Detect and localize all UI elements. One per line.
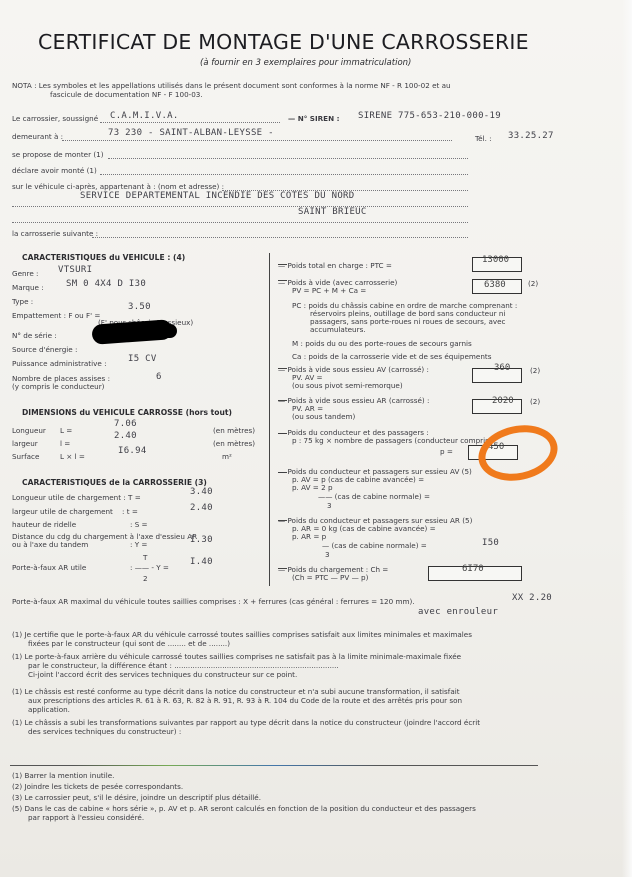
footnote: par rapport à l'essieu considéré. xyxy=(12,813,144,822)
pvar-label-3: (ou sous tandem) xyxy=(292,412,355,421)
longueur-value: 7.06 xyxy=(114,419,137,429)
carrosserie-heading: CARACTERISTIQUES de la CARROSSERIE (3) xyxy=(22,478,207,487)
carrosserie-label: la carrosserie suivante : xyxy=(12,229,98,238)
declaration-3: (1) Le châssis est resté conforme au typ… xyxy=(12,687,460,696)
declaration-2: (1) Le porte-à-faux arrière du véhicule … xyxy=(12,652,461,661)
porte-sym: : —— - Y = xyxy=(130,563,169,572)
unit-meters: (en mètres) xyxy=(213,439,255,448)
S-label: hauteur de ridelle xyxy=(12,520,76,529)
Y-sym: : Y = xyxy=(130,540,147,549)
certificate-page: CERTIFICAT DE MONTAGE D'UNE CARROSSERIE … xyxy=(0,0,632,877)
ch-value: 6I70 xyxy=(462,564,484,574)
carrossier-value: C.A.M.I.V.A. xyxy=(110,111,179,121)
pv-value: 6380 xyxy=(484,280,506,290)
siren-label: — N° SIREN : xyxy=(288,114,340,123)
T-label: Longueur utile de chargement : T = xyxy=(12,493,141,502)
ptc-value: 13000 xyxy=(482,255,509,265)
S-sym: : S = xyxy=(130,520,148,529)
p-label-3: p = xyxy=(440,447,453,456)
par-label-3: p. AR = p xyxy=(292,532,326,541)
porte-value: I.40 xyxy=(190,557,213,567)
ca-text: Ca : poids de la carrosserie vide et de … xyxy=(292,352,491,361)
footnote: (5) Dans le cas de cabine « hors série »… xyxy=(12,804,476,813)
porte-sym-top: T xyxy=(143,553,147,562)
pvav-label-3: (ou sous pivot semi-remorque) xyxy=(292,381,403,390)
declaration-4: (1) Le châssis a subi les transformation… xyxy=(12,718,480,727)
porte-a-faux-max-value: XX 2.20 xyxy=(512,593,552,603)
carrossier-label: Le carrossier, soussigné xyxy=(12,114,98,123)
enrouleur-note: avec enrouleur xyxy=(418,607,498,617)
genre-value: VTSURI xyxy=(58,265,92,275)
owner-city: SAINT BRIEUC xyxy=(298,207,367,217)
t-label: largeur utile de chargement : t = xyxy=(12,507,138,516)
declaration-3: aux prescriptions des articles R. 61 à R… xyxy=(28,696,462,705)
declaration-2: par le constructeur, la différence étant… xyxy=(28,661,339,670)
page-title: CERTIFICAT DE MONTAGE D'UNE CARROSSERIE xyxy=(38,30,529,54)
declaration-3: application. xyxy=(28,705,70,714)
unit-meters: (en mètres) xyxy=(213,426,255,435)
vehicule-owner-label: sur le véhicule ci-après, appartenant à … xyxy=(12,182,224,191)
nota-line-1: NOTA : Les symboles et les appellations … xyxy=(12,81,451,90)
pvar-value: 2020 xyxy=(492,396,514,406)
pvav-note: (2) xyxy=(530,366,540,375)
places-note: (y compris le conducteur) xyxy=(12,382,104,391)
T-value: 3.40 xyxy=(190,487,213,497)
tel-label: Tél. : xyxy=(475,134,492,143)
genre-label: Genre : xyxy=(12,269,38,278)
monter-field[interactable] xyxy=(108,149,468,159)
puissance-label: Puissance administrative : xyxy=(12,359,107,368)
surface-sym: L × l = xyxy=(60,452,85,461)
orange-circle-annotation xyxy=(473,418,562,487)
largeur-sym: l = xyxy=(60,439,70,448)
pav-label-4: —— (cas de cabine normale) = xyxy=(318,492,430,501)
pc-text: accumulateurs. xyxy=(310,325,366,334)
longueur-sym: L = xyxy=(60,426,72,435)
par-value: I50 xyxy=(482,538,499,548)
owner-name: SERVICE DEPARTEMENTAL INCENDIE DES COTES… xyxy=(80,191,355,201)
column-divider xyxy=(269,253,270,586)
pav-label-3: p. AV = 2 p xyxy=(292,483,333,492)
footnote: (3) Le carrossier peut, s'il le désire, … xyxy=(12,793,261,802)
par-label-4: — (cas de cabine normale) = xyxy=(322,541,427,550)
places-value: 6 xyxy=(156,372,162,382)
ptc-label: — Poids total en charge : PTC = xyxy=(278,261,392,270)
demeurant-value: 73 230 - SAINT-ALBAN-LEYSSE - xyxy=(108,128,274,138)
nota-line-2: fascicule de documentation NF - F 100-03… xyxy=(50,90,203,99)
pvar-note: (2) xyxy=(530,397,540,406)
redaction-mark xyxy=(155,324,177,338)
monte-label: déclare avoir monté (1) xyxy=(12,166,97,175)
porte-a-faux-utile-label: Porte-à-faux AR utile xyxy=(12,563,86,572)
footnote-divider xyxy=(10,765,538,766)
surface-label: Surface xyxy=(12,452,39,461)
siren-value: SIRENE 775-653-210-000-19 xyxy=(358,111,501,121)
tel-value: 33.25.27 xyxy=(508,131,554,141)
vehicle-heading: CARACTERISTIQUES du VEHICULE : (4) xyxy=(22,253,185,262)
p-label-2: p : 75 kg × nombre de passagers (conduct… xyxy=(292,436,492,445)
owner-field-1[interactable] xyxy=(222,181,468,191)
pav-label-5: 3 xyxy=(327,501,332,510)
footnote: (1) Barrer la mention inutile. xyxy=(12,771,114,780)
marque-label: Marque : xyxy=(12,283,44,292)
largeur-label: largeur xyxy=(12,439,38,448)
Y-label-2: ou à l'axe du tandem xyxy=(12,540,88,549)
demeurant-label: demeurant à : xyxy=(12,132,63,141)
declaration-2: Ci-joint l'accord écrit des services tec… xyxy=(28,670,297,679)
pv-label-2: PV = PC + M + Ca = xyxy=(292,286,366,295)
Y-value: I.30 xyxy=(190,535,213,545)
ch-label-2: (Ch = PTC — PV — p) xyxy=(292,573,368,582)
declaration-1: (1) Je certifie que le porte-à-faux AR d… xyxy=(12,630,472,639)
page-subtitle: (à fournir en 3 exemplaires pour immatri… xyxy=(200,58,411,68)
marque-value: SM 0 4X4 D I30 xyxy=(66,279,146,289)
puissance-value: I5 CV xyxy=(128,354,157,364)
empattement-value: 3.50 xyxy=(128,302,151,312)
porte-sym-bottom: 2 xyxy=(143,574,148,583)
pv-note: (2) xyxy=(528,279,538,288)
longueur-label: Longueur xyxy=(12,426,46,435)
serie-label: N° de série : xyxy=(12,331,57,340)
unit-square-meters: m² xyxy=(222,452,232,461)
t-value: 2.40 xyxy=(190,503,213,513)
empattement-label: Empattement : F ou F' = xyxy=(12,311,100,320)
largeur-value: 2.40 xyxy=(114,431,137,441)
pvav-value: 360 xyxy=(494,363,510,373)
porte-a-faux-max-label: Porte-à-faux AR maximal du véhicule tout… xyxy=(12,597,415,606)
monter-label: se propose de monter (1) xyxy=(12,150,104,159)
m-text: M : poids du ou des porte-roues de secou… xyxy=(292,339,472,348)
owner-field-3[interactable] xyxy=(12,213,468,223)
dimensions-heading: DIMENSIONS du VEHICULE CARROSSE (hors to… xyxy=(22,408,232,417)
declaration-4: des services techniques du constructeur)… xyxy=(28,727,181,736)
type-label: Type : xyxy=(12,297,33,306)
carrosserie-field[interactable] xyxy=(92,228,468,238)
footnote: (2) Joindre les tickets de pesée corresp… xyxy=(12,782,183,791)
par-label-5: 3 xyxy=(325,550,330,559)
surface-value: I6.94 xyxy=(118,446,147,456)
monte-field[interactable] xyxy=(100,165,468,175)
source-label: Source d'énergie : xyxy=(12,345,77,354)
declaration-1: fixées par le constructeur (qui sont de … xyxy=(28,639,230,648)
